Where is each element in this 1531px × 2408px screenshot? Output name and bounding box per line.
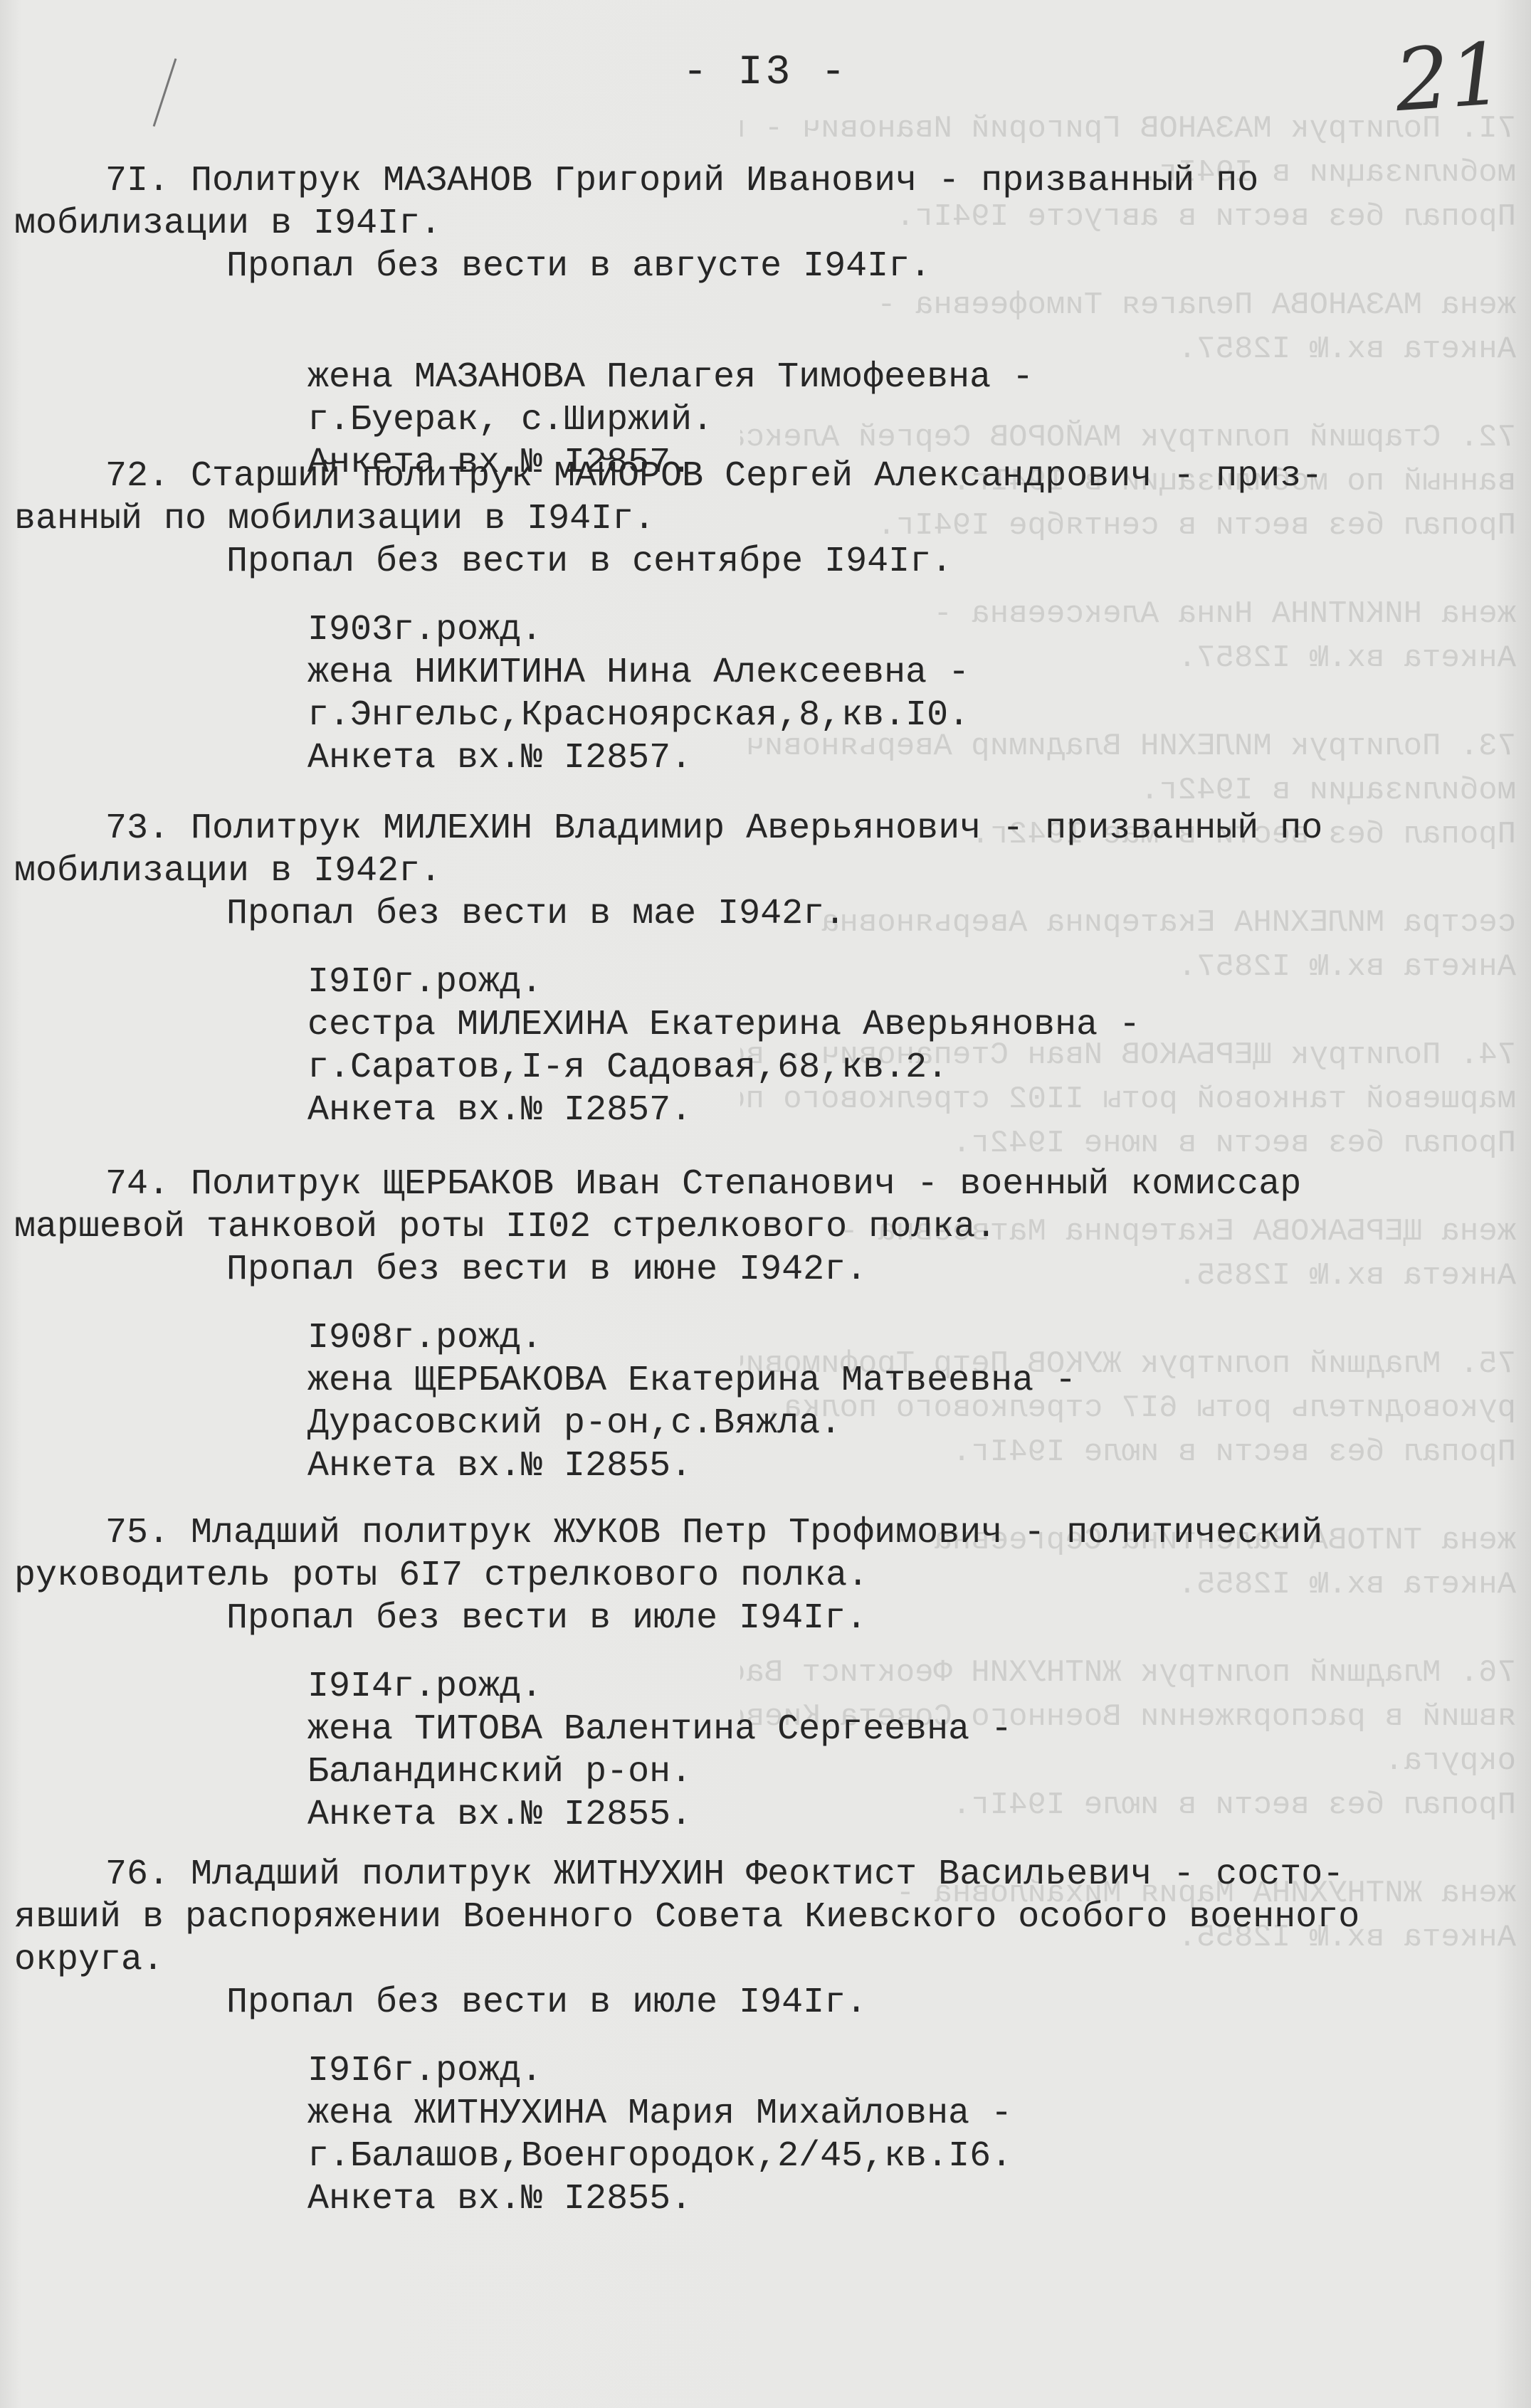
- relative-name: жена ЖИТНУХИНА Мария Михайловна -: [0, 2093, 1531, 2135]
- entry-heading-continuation: мобилизации в I942г.: [0, 850, 1531, 893]
- relative-address: г.Балашов,Военгородок,2/45,кв.I6.: [0, 2135, 1531, 2178]
- form-number: Анкета вх.№ I2855.: [0, 1794, 1531, 1837]
- entry-heading: 72. Старший политрук МАЙОРОВ Сергей Алек…: [0, 455, 1531, 498]
- relative-name: жена НИКИТИНА Нина Алексеевна -: [0, 652, 1531, 695]
- birth-year: I9I6г.рожд.: [0, 2050, 1531, 2093]
- missing-person-entry: 74. Политрук ЩЕРБАКОВ Иван Степанович - …: [0, 1163, 1531, 1488]
- missing-status: Пропал без вести в июне I942г.: [0, 1249, 1531, 1292]
- entry-heading-continuation: маршевой танковой роты II02 стрелкового …: [0, 1206, 1531, 1249]
- missing-person-entry: 72. Старший политрук МАЙОРОВ Сергей Алек…: [0, 455, 1531, 780]
- missing-person-entry: 7I. Политрук МАЗАНОВ Григорий Иванович -…: [0, 160, 1531, 485]
- entry-heading: 73. Политрук МИЛЕХИН Владимир Аверьянови…: [0, 808, 1531, 850]
- missing-status: Пропал без вести в июле I94Iг.: [0, 1598, 1531, 1640]
- entry-heading: 7I. Политрук МАЗАНОВ Григорий Иванович -…: [0, 160, 1531, 203]
- missing-person-entry: 75. Младший политрук ЖУКОВ Петр Трофимов…: [0, 1512, 1531, 1837]
- form-number: Анкета вх.№ I2855.: [0, 1445, 1531, 1488]
- entry-heading-continuation: руководитель роты 6I7 стрелкового полка.: [0, 1555, 1531, 1598]
- birth-year: I9I0г.рожд.: [0, 961, 1531, 1004]
- missing-status: Пропал без вести в июле I94Iг.: [0, 1982, 1531, 2024]
- form-number: Анкета вх.№ I2857.: [0, 737, 1531, 780]
- missing-status: Пропал без вести в сентябре I94Iг.: [0, 541, 1531, 583]
- relative-name: сестра МИЛЕХИНА Екатерина Аверьяновна -: [0, 1004, 1531, 1047]
- form-number: Анкета вх.№ I2857.: [0, 1089, 1531, 1132]
- relative-address: г.Буерак, с.Ширжий.: [0, 399, 1531, 442]
- birth-year: I903г.рожд.: [0, 609, 1531, 652]
- entry-heading: 76. Младший политрук ЖИТНУХИН Феоктист В…: [0, 1854, 1531, 1896]
- missing-status: Пропал без вести в августе I94Iг.: [0, 245, 1531, 288]
- missing-person-entry: 76. Младший политрук ЖИТНУХИН Феоктист В…: [0, 1854, 1531, 2221]
- entry-heading: 74. Политрук ЩЕРБАКОВ Иван Степанович - …: [0, 1163, 1531, 1206]
- document-page: 7I. Политрук МАЗАНОВ Григорий Иванович -…: [0, 0, 1531, 2408]
- entry-heading-continuation: округа.: [0, 1939, 1531, 1982]
- birth-year: I9I4г.рожд.: [0, 1666, 1531, 1709]
- birth-year: I908г.рожд.: [0, 1317, 1531, 1360]
- relative-name: жена ЩЕРБАКОВА Екатерина Матвеевна -: [0, 1360, 1531, 1403]
- entry-heading-continuation: явший в распоряжении Военного Совета Кие…: [0, 1896, 1531, 1939]
- entry-heading-continuation: ванный по мобилизации в I94Iг.: [0, 498, 1531, 541]
- archive-sheet-number: 21: [1391, 25, 1507, 131]
- relative-address: Дурасовский р-он,с.Вяжла.: [0, 1403, 1531, 1445]
- form-number: Анкета вх.№ I2855.: [0, 2178, 1531, 2221]
- missing-status: Пропал без вести в мае I942г.: [0, 893, 1531, 936]
- entry-heading-continuation: мобилизации в I94Iг.: [0, 203, 1531, 245]
- relative-name: жена МАЗАНОВА Пелагея Тимофеевна -: [0, 357, 1531, 399]
- relative-name: жена ТИТОВА Валентина Сергеевна -: [0, 1709, 1531, 1751]
- relative-address: Баландинский р-он.: [0, 1751, 1531, 1794]
- relative-address: г.Энгельс,Красноярская,8,кв.I0.: [0, 695, 1531, 737]
- page-number: - I3 -: [0, 50, 1531, 96]
- entry-heading: 75. Младший политрук ЖУКОВ Петр Трофимов…: [0, 1512, 1531, 1555]
- relative-address: г.Саратов,I-я Садовая,68,кв.2.: [0, 1047, 1531, 1089]
- missing-person-entry: 73. Политрук МИЛЕХИН Владимир Аверьянови…: [0, 808, 1531, 1132]
